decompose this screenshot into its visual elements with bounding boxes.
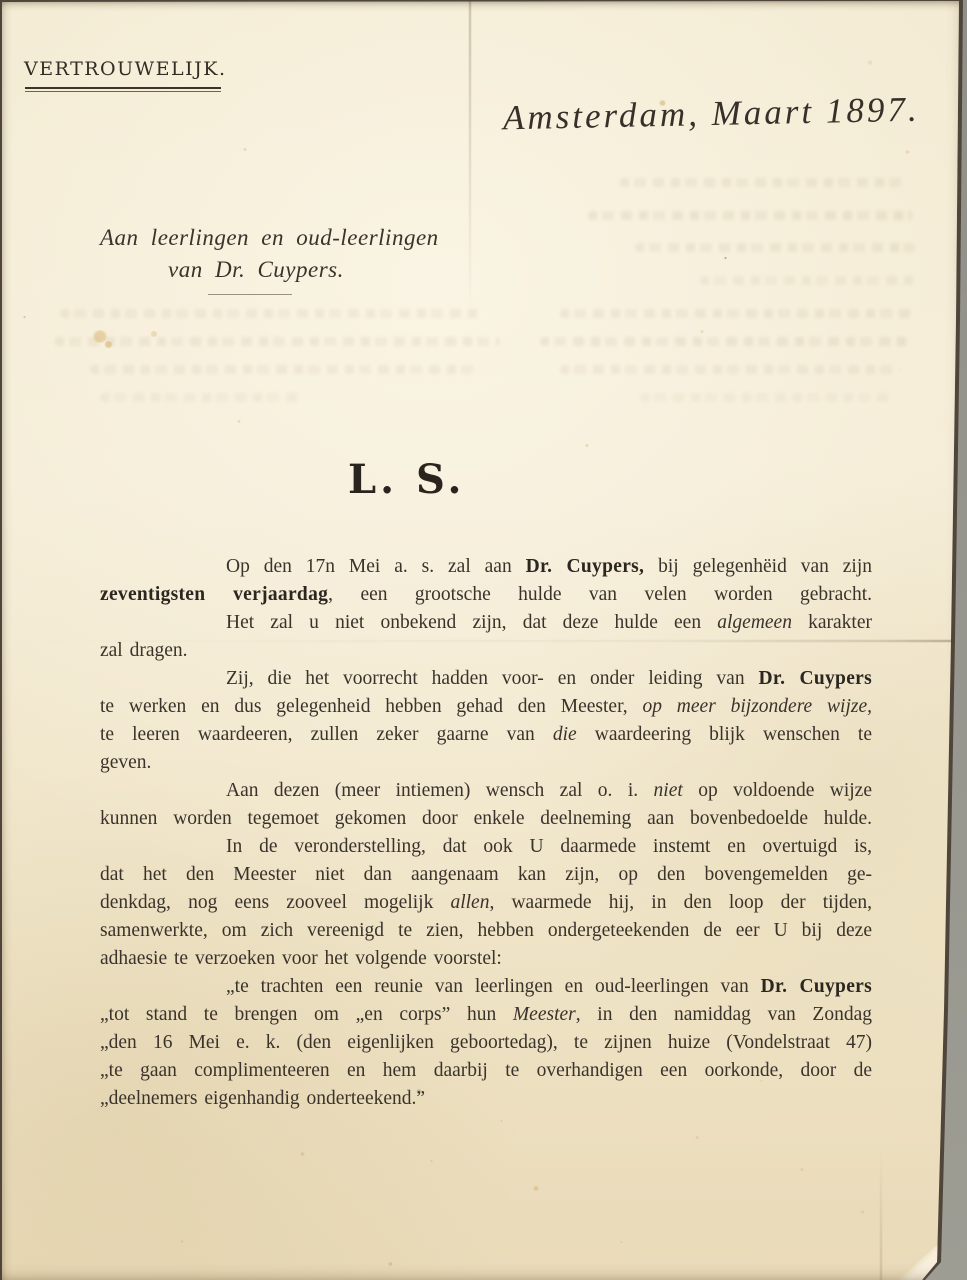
letter-body: Op den 17n Mei a. s. zal aan Dr. Cuypers…: [100, 553, 872, 1113]
document-page: VERTROUWELIJK. Amsterdam, Maart 1897. Aa…: [0, 0, 967, 1280]
italic-text: op meer bijzondere wijze,: [642, 696, 872, 717]
body-line: kunnen worden tegemoet gekomen door enke…: [100, 805, 872, 833]
stain-spot: [300, 1152, 305, 1156]
plain-text: zal dragen.: [100, 640, 188, 661]
stain-spot: [237, 420, 241, 423]
ghost-text-row: [635, 243, 915, 252]
body-line: Zij, die het voorrecht hadden voor- en o…: [100, 665, 872, 693]
plain-text: Aan dezen (meer intiemen) wensch zal o. …: [226, 780, 654, 801]
italic-text: niet: [654, 780, 683, 801]
salutation-underline: [208, 294, 292, 295]
plain-text: samenwerkte, om zich vereenigd te zien, …: [100, 920, 872, 941]
plain-text: denkdag, nog eens zooveel mogelijk: [100, 892, 450, 913]
body-line: Het zal u niet onbekend zijn, dat deze h…: [100, 609, 872, 637]
body-line: In de veronderstelling, dat ook U daarme…: [100, 833, 872, 861]
stain-spot: [388, 1262, 393, 1266]
salutation-line-2: van Dr. Cuypers.: [100, 257, 439, 283]
stain-spot: [585, 444, 589, 447]
plain-text: In de veronderstelling, dat ook U daarme…: [226, 836, 872, 857]
ghost-text-row: [620, 178, 905, 187]
classification-underline-thin: [25, 91, 221, 92]
salutation-block: Aan leerlingen en oud-leerlingen van Dr.…: [100, 225, 439, 283]
plain-text: bij gelegenhëid van zijn: [644, 556, 872, 577]
italic-text: allen: [450, 892, 489, 913]
body-line: te werken en dus gelegenheid hebben geha…: [100, 693, 872, 721]
stain-spot: [533, 1186, 539, 1191]
classification-text: VERTROUWELIJK.: [24, 58, 227, 80]
fold-crease-corner: [880, 1150, 882, 1280]
ghost-text-row: [588, 211, 913, 220]
body-line: Op den 17n Mei a. s. zal aan Dr. Cuypers…: [100, 553, 872, 581]
ghost-text-row: [90, 365, 480, 374]
ghost-text-row: [560, 365, 900, 374]
plain-text: , waarmede hij, in den loop der tijden,: [489, 892, 872, 913]
stain-spot: [905, 150, 910, 154]
ghost-text-row: [100, 393, 300, 402]
salutation-line-1: Aan leerlingen en oud-leerlingen: [100, 225, 439, 251]
classification-label: VERTROUWELIJK.: [24, 58, 227, 80]
fold-crease-vertical: [469, 0, 471, 310]
stain-spot: [430, 1160, 433, 1162]
stain-spot: [860, 1210, 865, 1214]
plain-text: waardeering blijk wenschen te: [577, 724, 872, 745]
body-line: „deelnemers eigenhandig onderteekend.”: [100, 1085, 872, 1113]
plain-text: kunnen worden tegemoet gekomen door enke…: [100, 808, 872, 829]
stain-spot: [500, 1120, 503, 1122]
bold-text: Dr. Cuypers,: [526, 556, 645, 577]
corner-curl: [898, 1242, 940, 1280]
ghost-text-row: [640, 393, 890, 402]
plain-text: karakter: [792, 612, 872, 633]
classification-underline: [25, 87, 221, 89]
stain-spot: [180, 1240, 184, 1243]
plain-text: „deelnemers eigenhandig onderteekend.”: [100, 1088, 425, 1109]
scan-background: VERTROUWELIJK. Amsterdam, Maart 1897. Aa…: [0, 0, 967, 1280]
ghost-text-row: [700, 276, 915, 285]
plain-text: „den 16 Mei e. k. (den eigenlijken geboo…: [100, 1032, 872, 1053]
stain-spot: [867, 60, 873, 65]
plain-text: , een grootsche hulde van velen worden g…: [328, 584, 872, 605]
body-line: adhaesie te verzoeken voor het volgende …: [100, 945, 872, 973]
plain-text: te leeren waardeeren, zullen zeker gaarn…: [100, 724, 553, 745]
ghost-text-row: [560, 309, 915, 318]
plain-text: Op den 17n Mei a. s. zal aan: [226, 556, 526, 577]
plain-text: Het zal u niet onbekend zijn, dat deze h…: [226, 612, 717, 633]
plain-text: Zij, die het voorrecht hadden voor- en o…: [226, 668, 759, 689]
stain-spot: [243, 148, 247, 151]
bold-text: Dr. Cuypers: [759, 668, 872, 689]
plain-text: te werken en dus gelegenheid hebben geha…: [100, 696, 642, 717]
stain-spot: [23, 316, 26, 318]
plain-text: „tot stand te brengen om „en corps” hun: [100, 1004, 513, 1025]
italic-text: die: [553, 724, 577, 745]
body-line: zeventigsten verjaardag, een grootsche h…: [100, 581, 872, 609]
body-line: „tot stand te brengen om „en corps” hun …: [100, 1001, 872, 1029]
ghost-text-row: [540, 337, 910, 346]
body-line: samenwerkte, om zich vereenigd te zien, …: [100, 917, 872, 945]
bold-text: Dr. Cuypers: [761, 976, 872, 997]
ghost-text-row: [55, 337, 500, 346]
body-line: dat het den Meester niet dan aangenaam k…: [100, 861, 872, 889]
stain-spot: [724, 257, 727, 259]
page-title: L. S.: [348, 456, 465, 503]
stain-spot: [620, 1241, 623, 1243]
plain-text: „te gaan complimenteeren en hem daarbij …: [100, 1060, 872, 1081]
body-line: „te gaan complimenteeren en hem daarbij …: [100, 1057, 872, 1085]
plain-text: „te trachten een reunie van leerlingen e…: [226, 976, 761, 997]
body-line: denkdag, nog eens zooveel mogelijk allen…: [100, 889, 872, 917]
stain-spot: [695, 1136, 699, 1139]
body-line: „te trachten een reunie van leerlingen e…: [100, 973, 872, 1001]
plain-text: , in den namiddag van Zondag: [576, 1004, 872, 1025]
plain-text: dat het den Meester niet dan aangenaam k…: [100, 864, 872, 885]
body-line: geven.: [100, 749, 872, 777]
plain-text: geven.: [100, 752, 151, 773]
body-line: Aan dezen (meer intiemen) wensch zal o. …: [100, 777, 872, 805]
body-line: te leeren waardeeren, zullen zeker gaarn…: [100, 721, 872, 749]
dateline: Amsterdam, Maart 1897.: [503, 90, 920, 139]
bold-text: zeventigsten verjaardag: [100, 584, 328, 605]
body-line: „den 16 Mei e. k. (den eigenlijken geboo…: [100, 1029, 872, 1057]
body-line: zal dragen.: [100, 637, 872, 665]
stain-spot: [800, 1168, 804, 1171]
plain-text: adhaesie te verzoeken voor het volgende …: [100, 948, 502, 969]
stain-spot: [700, 330, 704, 333]
italic-text: algemeen: [717, 612, 792, 633]
italic-text: Meester: [513, 1004, 576, 1025]
plain-text: op voldoende wijze: [683, 780, 872, 801]
ghost-text-row: [60, 309, 480, 318]
